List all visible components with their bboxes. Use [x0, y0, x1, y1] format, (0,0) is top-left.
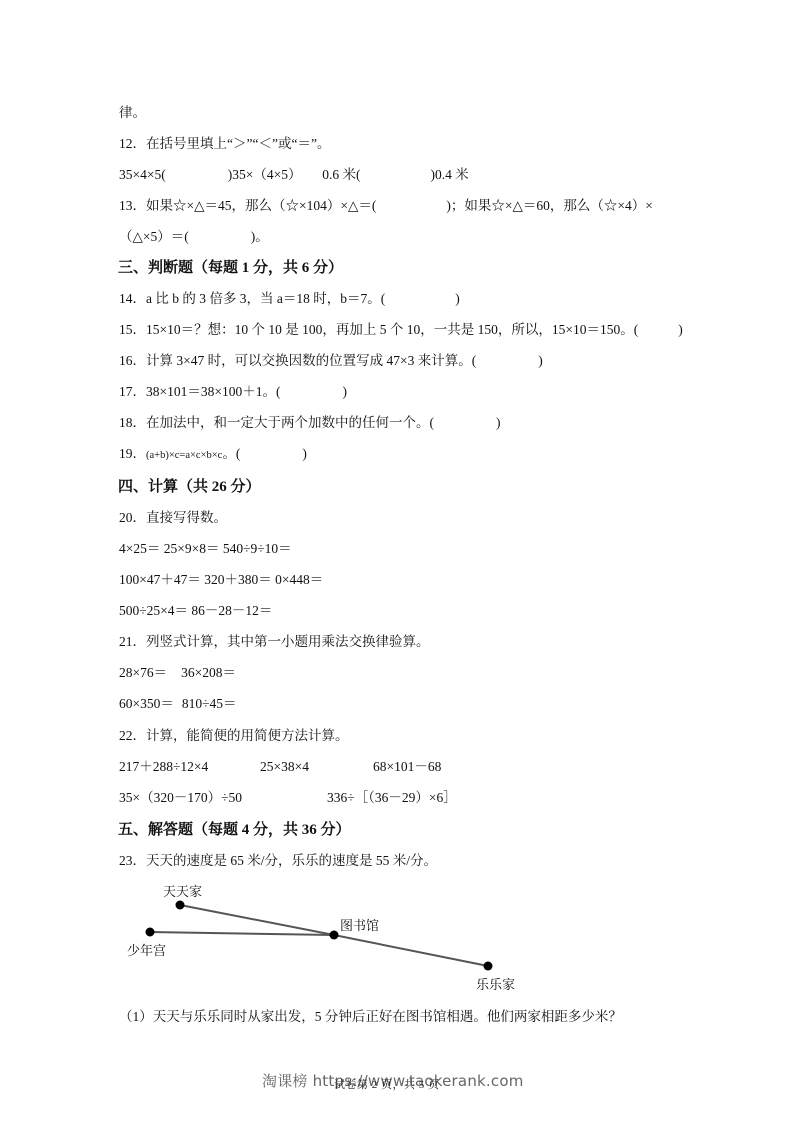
question-12-prompt: 12．在括号里填上“＞”“＜”或“＝”。: [119, 135, 330, 153]
question-23-prompt: 23．天天的速度是 65 米/分，乐乐的速度是 55 米/分。: [119, 852, 437, 870]
question-23-sub-1: （1）天天与乐乐同时从家出发，5 分钟后正好在图书馆相遇。他们两家相距多少米？: [119, 1008, 622, 1026]
q13-part-a: 13．如果☆×△＝45，那么（☆×104）×△＝(: [119, 198, 376, 213]
section-5-title: 五、解答题（每题 4 分，共 36 分）: [118, 821, 351, 839]
expr: 500÷25×4＝: [119, 603, 188, 618]
question-15: 15．15×10＝？想：10 个 10 是 100，再加上 5 个 10，一共是…: [119, 321, 683, 339]
q12b-left: 0.6 米(: [322, 167, 360, 182]
label-library: 图书馆: [340, 915, 379, 934]
section-3-title: 三、判断题（每题 1 分，共 6 分）: [118, 259, 343, 277]
q-close: ): [302, 446, 307, 461]
route-diagram: 天天家 少年宫 图书馆 乐乐家: [110, 870, 540, 1000]
q12a-right: )35×（4×5）: [228, 167, 302, 182]
q-text: 14．a 比 b 的 3 倍多 3，当 a＝18 时，b＝7。(: [119, 291, 385, 306]
question-19: 19．(a+b)×c=a×c×b×c。(): [119, 445, 307, 465]
question-18: 18．在加法中，和一定大于两个加数中的任何一个。(): [119, 414, 501, 432]
q22-expr-2: 25×38×4: [260, 758, 309, 776]
question-13-line1: 13．如果☆×△＝45，那么（☆×104）×△＝()；如果☆×△＝60，那么（☆…: [119, 197, 653, 215]
q20-row-2: 100×47＋47＝ 320＋380＝ 0×448＝: [119, 571, 323, 589]
page-number: 试卷第 2 页，共 5 页: [334, 1076, 440, 1092]
q21-row-1: 28×76＝36×208＝: [119, 664, 236, 682]
question-17: 17．38×101＝38×100＋1。(): [119, 383, 347, 401]
expr: 60×350＝: [119, 696, 174, 711]
expr: 36×208＝: [181, 665, 236, 680]
label-youth-palace: 少年宫: [127, 940, 166, 959]
label-lele-home: 乐乐家: [476, 974, 515, 993]
expr: 100×47＋47＝: [119, 572, 201, 587]
q12a-left: 35×4×5(: [119, 167, 166, 182]
section-4-title: 四、计算（共 26 分）: [118, 478, 261, 496]
q21-row-2: 60×350＝810÷45＝: [119, 695, 237, 713]
q13-part-b: )；如果☆×△＝60，那么（☆×4）×: [446, 198, 652, 213]
q22-expr-5: 336÷［（36－29）×6］: [327, 789, 457, 807]
q-text: 17．38×101＝38×100＋1。(: [119, 384, 280, 399]
q-close: ): [342, 384, 347, 399]
expr: 320＋380＝: [204, 572, 272, 587]
expr: 86－28－12＝: [191, 603, 272, 618]
q-close: ): [678, 322, 683, 337]
point-library: [330, 931, 339, 940]
q-num: 19．: [119, 446, 146, 461]
q-close: ): [455, 291, 460, 306]
q22-expr-3: 68×101－68: [373, 758, 441, 776]
question-21-prompt: 21．列竖式计算，其中第一小题用乘法交换律验算。: [119, 633, 430, 651]
expr: 25×9×8＝: [164, 541, 220, 556]
continued-text: 律。: [119, 104, 146, 122]
q-close: ): [538, 353, 543, 368]
expr: 0×448＝: [275, 572, 323, 587]
expr: 540÷9÷10＝: [223, 541, 292, 556]
q22-expr-1: 217＋288÷12×4: [119, 758, 208, 776]
question-22-prompt: 22．计算，能简便的用简便方法计算。: [119, 727, 349, 745]
q-text: 18．在加法中，和一定大于两个加数中的任何一个。(: [119, 415, 434, 430]
expr: 810÷45＝: [182, 696, 237, 711]
q22-expr-4: 35×（320－170）÷50: [119, 789, 242, 807]
q-text: 16．计算 3×47 时，可以交换因数的位置写成 47×3 来计算。(: [119, 353, 476, 368]
expr: 4×25＝: [119, 541, 160, 556]
question-13-line2: （△×5）＝()。: [119, 228, 269, 246]
q13-part-d: )。: [251, 229, 269, 244]
q20-row-3: 500÷25×4＝ 86－28－12＝: [119, 602, 272, 620]
question-12-items: 35×4×5()35×（4×5） 0.6 米()0.4 米: [119, 166, 469, 184]
formula: (a+b)×c=a×c×b×c: [146, 450, 222, 461]
point-lele-home: [484, 962, 493, 971]
q-text: 15．15×10＝？想：10 个 10 是 100，再加上 5 个 10，一共是…: [119, 322, 638, 337]
q-text: 。(: [222, 446, 240, 461]
q20-row-1: 4×25＝ 25×9×8＝ 540÷9÷10＝: [119, 540, 292, 558]
question-16: 16．计算 3×47 时，可以交换因数的位置写成 47×3 来计算。(): [119, 352, 543, 370]
expr: 28×76＝: [119, 665, 167, 680]
q12b-right: )0.4 米: [430, 167, 468, 182]
point-tiantian-home: [176, 901, 185, 910]
question-20-prompt: 20．直接写得数。: [119, 509, 227, 527]
question-14: 14．a 比 b 的 3 倍多 3，当 a＝18 时，b＝7。(): [119, 290, 460, 308]
label-tiantian-home: 天天家: [163, 881, 202, 900]
q13-part-c: （△×5）＝(: [119, 229, 189, 244]
q-close: ): [496, 415, 501, 430]
point-youth-palace: [146, 928, 155, 937]
